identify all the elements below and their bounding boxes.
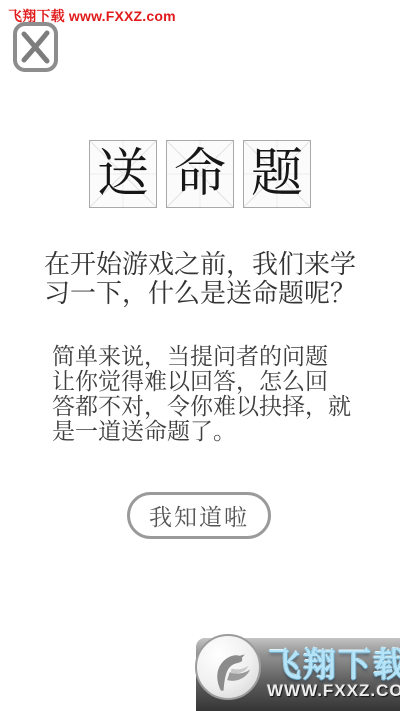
title-tiles: 送 命 题: [0, 140, 400, 208]
description-line-3: 答都不对，令你难以抉择，就: [52, 394, 362, 419]
title-tile-1: 送: [89, 140, 157, 208]
intro-line-2: 习一下，什么是送命题呢？: [0, 279, 400, 308]
fxxz-logo: [195, 634, 261, 700]
confirm-button[interactable]: 我知道啦: [127, 492, 271, 539]
game-screen: 飞翔下载 www.FXXZ.com 送: [0, 0, 400, 711]
title-char: 题: [251, 140, 303, 208]
description-line-4: 是一道送命题了。: [52, 419, 362, 444]
title-char: 命: [174, 140, 226, 208]
description-line-2: 让你觉得难以回答，怎么回: [52, 369, 362, 394]
close-button[interactable]: [13, 22, 58, 72]
description-line-1: 简单来说，当提问者的问题: [52, 344, 362, 369]
close-x-icon: [19, 29, 52, 65]
title-tile-2: 命: [166, 140, 234, 208]
title-tile-3: 题: [243, 140, 311, 208]
description-text: 简单来说，当提问者的问题 让你觉得难以回答，怎么回 答都不对，令你难以抉择，就 …: [52, 344, 362, 444]
intro-text: 在开始游戏之前，我们来学 习一下，什么是送命题呢？: [0, 250, 400, 308]
title-char: 送: [97, 140, 149, 208]
bird-icon: [197, 634, 259, 700]
watermark-banner: 飞翔下载 WWW.FXXZ.COM: [196, 638, 400, 711]
watermark-banner-title: 飞翔下载: [268, 639, 400, 686]
watermark-banner-url: WWW.FXXZ.COM: [267, 681, 400, 701]
intro-line-1: 在开始游戏之前，我们来学: [0, 250, 400, 279]
